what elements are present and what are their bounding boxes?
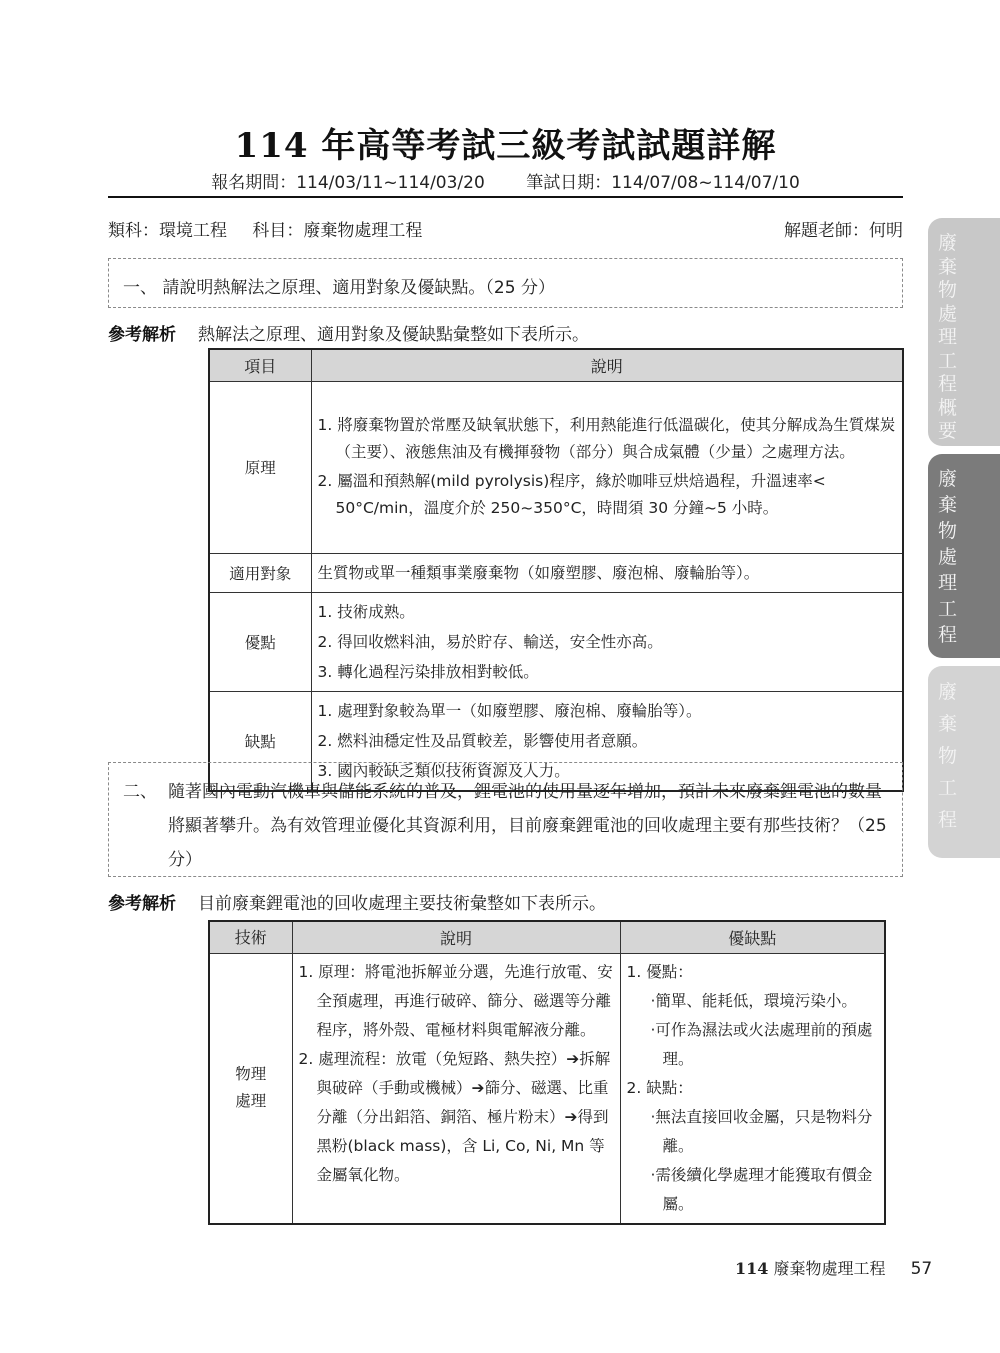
tab-char: 棄 [928, 708, 1000, 740]
tab-char: 工 [928, 350, 1000, 374]
table-header-row: 技術 說明 優缺點 [209, 921, 885, 953]
tab-char: 物 [928, 279, 1000, 303]
category: 類科：環境工程 [108, 221, 227, 241]
header-description: 說明 [292, 921, 620, 953]
question-2-box: 二、 隨著國內電動汽機車與儲能系統的普及，鋰電池的使用量逐年增加，預計未來廢棄鋰… [108, 762, 903, 877]
content-line: 1. 原理：將電池拆解並分選，先進行放電、安全預處理，再進行破碎、篩分、磁選等分… [299, 958, 614, 1045]
content-line: 2. 處理流程：放電（免短路、熱失控）➔拆解與破碎（手動或機械）➔篩分、磁選、比… [299, 1045, 614, 1190]
footer-subject: 廢棄物處理工程 [774, 1259, 886, 1278]
table-row: 物理 處理 1. 原理：將電池拆解並分選，先進行放電、安全預處理，再進行破碎、篩… [209, 953, 885, 1224]
row-label: 物理 處理 [209, 953, 292, 1224]
tab-char: 處 [928, 303, 1000, 327]
tab-char: 工 [928, 596, 1000, 622]
cons-label: 2. 缺點： [627, 1074, 879, 1103]
tab-char: 理 [928, 570, 1000, 596]
cons-item: ‧無法直接回收金屬，只是物料分離。 [627, 1103, 879, 1161]
tab-char: 廢 [928, 676, 1000, 708]
side-tab-waste-treatment-active[interactable]: 廢 棄 物 處 理 工 程 [928, 454, 1000, 658]
cons-item: ‧需後續化學處理才能獲取有價金屬。 [627, 1161, 879, 1219]
tab-char: 理 [928, 326, 1000, 350]
page-footer: 114 廢棄物處理工程 57 [735, 1256, 932, 1279]
registration-period: 報名期間：114/03/11~114/03/20 [211, 173, 485, 193]
row-label: 原理 [209, 381, 311, 553]
row-content: 1. 技術成熟。 2. 得回收燃料油，易於貯存、輸送，安全性亦高。 3. 轉化過… [311, 592, 903, 691]
pros-item: ‧簡單、能耗低，環境污染小。 [627, 987, 879, 1016]
exam-dates: 報名期間：114/03/11~114/03/20 筆試日期：114/07/08~… [108, 168, 903, 193]
tech-label-line: 處理 [210, 1088, 292, 1115]
page-number: 57 [911, 1259, 933, 1279]
tab-char: 程 [928, 622, 1000, 648]
tab-char: 工 [928, 772, 1000, 804]
row-content: 生質物或單一種類事業廢棄物（如廢塑膠、廢泡棉、廢輪胎等）。 [311, 553, 903, 592]
table-header-row: 項目 說明 [209, 349, 903, 381]
tab-char: 廢 [928, 232, 1000, 256]
side-tab-waste-engineering[interactable]: 廢 棄 物 工 程 [928, 666, 1000, 858]
tab-char: 程 [928, 804, 1000, 836]
pyrolysis-table: 項目 說明 原理 1. 將廢棄物置於常壓及缺氧狀態下，利用熱能進行低溫碳化，使其… [208, 348, 904, 792]
answer-1-intro-text: 熱解法之原理、適用對象及優缺點彙整如下表所示。 [198, 325, 589, 345]
tab-char: 棄 [928, 492, 1000, 518]
answer-1-intro: 參考解析熱解法之原理、適用對象及優缺點彙整如下表所示。 [108, 320, 589, 345]
question-2-number: 二、 [123, 775, 157, 809]
header-item: 項目 [209, 349, 311, 381]
tab-char: 物 [928, 518, 1000, 544]
tech-label-line: 物理 [210, 1061, 292, 1088]
row-description: 1. 原理：將電池拆解並分選，先進行放電、安全預處理，再進行破碎、篩分、磁選等分… [292, 953, 620, 1224]
row-label: 優點 [209, 592, 311, 691]
answer-2-intro: 參考解析目前廢棄鋰電池的回收處理主要技術彙整如下表所示。 [108, 889, 606, 914]
tab-char: 概 [928, 397, 1000, 421]
content-line: 生質物或單一種類事業廢棄物（如廢塑膠、廢泡棉、廢輪胎等）。 [318, 558, 897, 588]
row-content: 1. 將廢棄物置於常壓及缺氧狀態下，利用熱能進行低溫碳化，使其分解成為生質煤炭（… [311, 381, 903, 553]
content-line: 1. 處理對象較為單一（如廢塑膠、廢泡棉、廢輪胎等）。 [318, 696, 897, 726]
row-label: 適用對象 [209, 553, 311, 592]
tab-char: 廢 [928, 466, 1000, 492]
pros-item: ‧可作為濕法或火法處理前的預處理。 [627, 1016, 879, 1074]
content-line: 2. 燃料油穩定性及品質較差，影響使用者意願。 [318, 726, 897, 756]
header-pros-cons: 優缺點 [620, 921, 885, 953]
battery-recycling-table: 技術 說明 優缺點 物理 處理 1. 原理：將電池拆解並分選，先進行放電、安全預… [208, 920, 886, 1225]
question-1-box: 一、 請說明熱解法之原理、適用對象及優缺點。（25 分） [108, 258, 903, 308]
content-line: 1. 將廢棄物置於常壓及缺氧狀態下，利用熱能進行低溫碳化，使其分解成為生質煤炭（… [318, 412, 897, 466]
table-row: 優點 1. 技術成熟。 2. 得回收燃料油，易於貯存、輸送，安全性亦高。 3. … [209, 592, 903, 691]
table-row: 適用對象 生質物或單一種類事業廢棄物（如廢塑膠、廢泡棉、廢輪胎等）。 [209, 553, 903, 592]
exam-date: 筆試日期：114/07/08~114/07/10 [526, 173, 800, 193]
footer-year: 114 [735, 1259, 768, 1278]
side-tab-overview[interactable]: 廢 棄 物 處 理 工 程 概 要 [928, 218, 1000, 446]
page-title: 114 年高等考試三級考試試題詳解 [108, 118, 903, 167]
tab-char: 處 [928, 544, 1000, 570]
answer-label: 參考解析 [108, 894, 176, 914]
exam-meta: 類科：環境工程 科目：廢棄物處理工程 解題老師：何明 [108, 216, 903, 241]
tab-char: 棄 [928, 256, 1000, 280]
table-row: 原理 1. 將廢棄物置於常壓及缺氧狀態下，利用熱能進行低溫碳化，使其分解成為生質… [209, 381, 903, 553]
header-divider [108, 196, 903, 198]
subject: 科目：廢棄物處理工程 [252, 221, 422, 241]
header-description: 說明 [311, 349, 903, 381]
question-2-text: 隨著國內電動汽機車與儲能系統的普及，鋰電池的使用量逐年增加，預計未來廢棄鋰電池的… [168, 775, 888, 877]
tab-char: 程 [928, 373, 1000, 397]
answer-label: 參考解析 [108, 325, 176, 345]
row-pros-cons: 1. 優點： ‧簡單、能耗低，環境污染小。 ‧可作為濕法或火法處理前的預處理。 … [620, 953, 885, 1224]
content-line: 2. 得回收燃料油，易於貯存、輸送，安全性亦高。 [318, 627, 897, 657]
question-1-text: 一、 請說明熱解法之原理、適用對象及優缺點。（25 分） [123, 273, 888, 298]
answer-2-intro-text: 目前廢棄鋰電池的回收處理主要技術彙整如下表所示。 [198, 894, 606, 914]
tab-char: 要 [928, 420, 1000, 444]
header-technology: 技術 [209, 921, 292, 953]
content-line: 3. 轉化過程污染排放相對較低。 [318, 657, 897, 687]
tab-char: 物 [928, 740, 1000, 772]
content-line: 1. 技術成熟。 [318, 597, 897, 627]
pros-label: 1. 優點： [627, 958, 879, 987]
teacher: 解題老師：何明 [784, 216, 903, 241]
content-line: 2. 屬溫和預熱解(mild pyrolysis)程序，緣於咖啡豆烘焙過程，升溫… [318, 468, 897, 522]
